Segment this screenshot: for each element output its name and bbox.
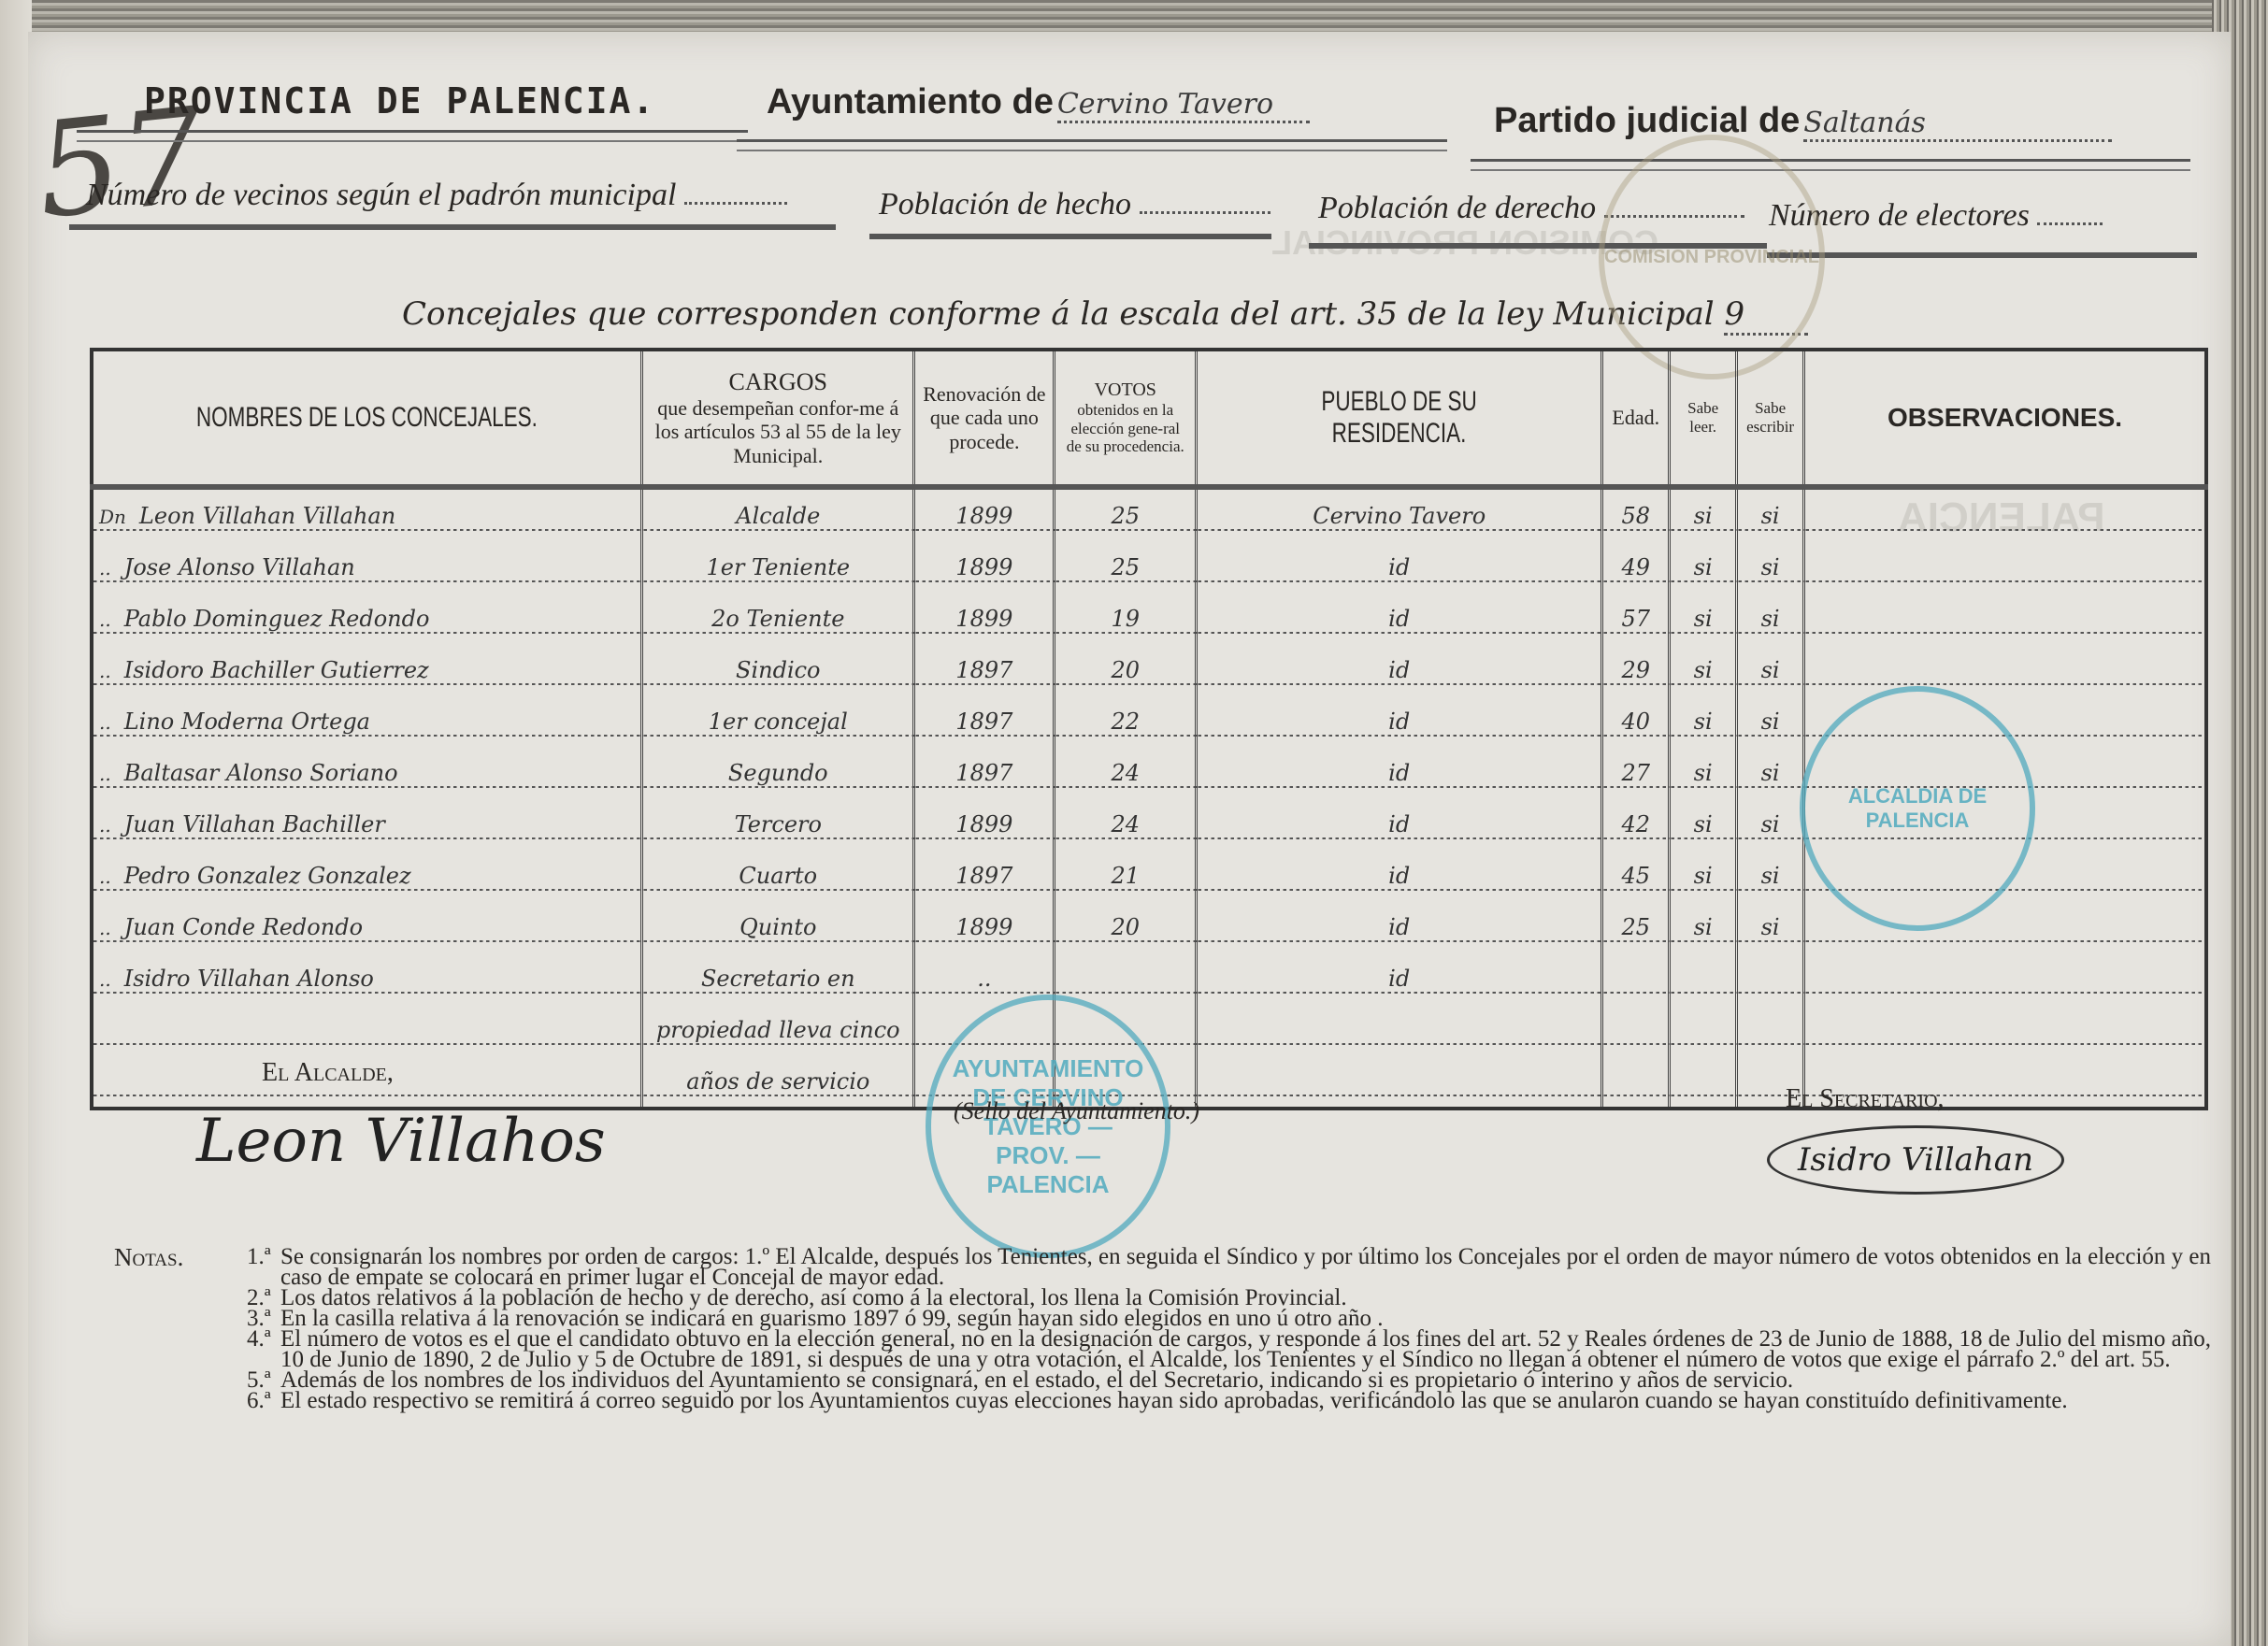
cell-escribir: si	[1737, 695, 1804, 747]
electores-value	[2037, 222, 2103, 225]
faded-stamp: COMISION PROVINCIAL	[1599, 135, 1825, 379]
cell-obs	[1804, 593, 2206, 644]
cell-edad	[1602, 1055, 1670, 1109]
hecho-value	[1140, 211, 1270, 214]
header-rule	[1471, 159, 2190, 171]
table-row: ..Jose Alonso Villahan1er Teniente189925…	[92, 541, 2206, 593]
cell-leer: si	[1670, 695, 1737, 747]
header-sabe-escribir: Sabe escribir	[1737, 350, 1804, 487]
cell-renovacion: 1899	[914, 901, 1055, 952]
cell-edad: 42	[1602, 798, 1670, 850]
cell-renovacion: 1899	[914, 487, 1055, 541]
vecinos-field: Número de vecinos según el padrón munici…	[86, 178, 787, 213]
cell-renovacion: 1899	[914, 593, 1055, 644]
cell-pueblo: id	[1197, 798, 1602, 850]
cell-leer: si	[1670, 798, 1737, 850]
cell-escribir: si	[1737, 747, 1804, 798]
cell-leer: si	[1670, 541, 1737, 593]
partido-label: Partido judicial de	[1494, 101, 1800, 140]
cell-escribir: si	[1737, 901, 1804, 952]
header-rule	[737, 139, 1447, 151]
derecho-label: Población de derecho	[1318, 191, 1596, 225]
cell-leer: si	[1670, 593, 1737, 644]
cell-pueblo: id	[1197, 541, 1602, 593]
cell-votos: 25	[1055, 487, 1197, 541]
cell-pueblo	[1197, 1004, 1602, 1055]
cell-cargo: años de servicio	[642, 1055, 914, 1109]
notes-section: Notas. 1.ªSe consignarán los nombres por…	[114, 1247, 2218, 1411]
cell-escribir: si	[1737, 850, 1804, 901]
document-page: 57 COMISION PROVINCIAL PALENCIA PROVINCI…	[28, 32, 2231, 1646]
cell-renovacion: 1899	[914, 798, 1055, 850]
cell-cargo: 1er concejal	[642, 695, 914, 747]
header-sabe-leer: Sabe leer.	[1670, 350, 1737, 487]
population-rule	[1767, 252, 2197, 258]
note-item: 1.ªSe consignarán los nombres por orden …	[114, 1247, 2218, 1288]
cell-edad: 29	[1602, 644, 1670, 695]
header-edad: Edad.	[1602, 350, 1670, 487]
cell-votos: 20	[1055, 644, 1197, 695]
cell-votos: 22	[1055, 695, 1197, 747]
cell-cargo: Alcalde	[642, 487, 914, 541]
population-rule	[69, 224, 836, 230]
cell-votos: 24	[1055, 747, 1197, 798]
cell-cargo: Quinto	[642, 901, 914, 952]
table-row: DnLeon Villahan VillahanAlcalde189925Cer…	[92, 487, 2206, 541]
cell-name: ..Pablo Dominguez Redondo	[92, 593, 642, 644]
cell-cargo: 1er Teniente	[642, 541, 914, 593]
cell-name: ..Lino Moderna Ortega	[92, 695, 642, 747]
vecinos-label: Número de vecinos según el padrón munici…	[86, 178, 676, 212]
secretario-signature: Isidro Villahan	[1767, 1125, 2064, 1195]
cell-pueblo: id	[1197, 644, 1602, 695]
book-spine	[0, 0, 32, 1646]
concejales-scale-field: Concejales que corresponden conforme á l…	[402, 295, 1808, 336]
ayuntamiento-label: Ayuntamiento de	[767, 82, 1054, 122]
ayuntamiento-field: Ayuntamiento de Cervino Tavero	[767, 82, 1310, 123]
cell-leer: si	[1670, 644, 1737, 695]
table-row: ..Pablo Dominguez Redondo2o Teniente1899…	[92, 593, 2206, 644]
cell-votos: 19	[1055, 593, 1197, 644]
cell-votos: 25	[1055, 541, 1197, 593]
header-cargos: CARGOS que desempeñan confor-me á los ar…	[642, 350, 914, 487]
cell-name: ..Jose Alonso Villahan	[92, 541, 642, 593]
cell-name: ..Pedro Gonzalez Gonzalez	[92, 850, 642, 901]
cell-pueblo: id	[1197, 747, 1602, 798]
cell-leer: si	[1670, 747, 1737, 798]
cell-name: ..Isidoro Bachiller Gutierrez	[92, 644, 642, 695]
table-row: ..Isidoro Bachiller GutierrezSindico1897…	[92, 644, 2206, 695]
cell-escribir: si	[1737, 541, 1804, 593]
alcalde-label: El Alcalde,	[262, 1058, 394, 1088]
cell-leer: si	[1670, 850, 1737, 901]
note-item: 4.ªEl número de votos es el que el candi…	[114, 1329, 2218, 1370]
cell-edad: 45	[1602, 850, 1670, 901]
table-row: ..Isidro Villahan AlonsoSecretario en..i…	[92, 952, 2206, 1004]
cell-leer: si	[1670, 901, 1737, 952]
partido-value: Saltanás	[1803, 107, 2112, 142]
cell-leer	[1670, 1055, 1737, 1109]
cell-escribir	[1737, 1004, 1804, 1055]
cell-edad	[1602, 1004, 1670, 1055]
vecinos-value	[684, 202, 787, 205]
cell-votos: 20	[1055, 901, 1197, 952]
cell-pueblo	[1197, 1055, 1602, 1109]
cell-renovacion: 1897	[914, 747, 1055, 798]
cell-pueblo: id	[1197, 952, 1602, 1004]
ayuntamiento-seal-stamp: AYUNTAMIENTO DE CERVINO TAVERO — PROV. —…	[926, 995, 1170, 1258]
hecho-label: Población de hecho	[879, 187, 1131, 222]
cell-renovacion: 1899	[914, 541, 1055, 593]
cell-edad: 58	[1602, 487, 1670, 541]
note-item: 6.ªEl estado respectivo se remitirá á co…	[114, 1391, 2218, 1411]
cell-cargo: Sindico	[642, 644, 914, 695]
cell-leer	[1670, 952, 1737, 1004]
cell-leer	[1670, 1004, 1737, 1055]
cell-pueblo: id	[1197, 901, 1602, 952]
cell-name: ..Juan Conde Redondo	[92, 901, 642, 952]
cell-pueblo: Cervino Tavero	[1197, 487, 1602, 541]
cell-renovacion: 1897	[914, 850, 1055, 901]
cell-edad	[1602, 952, 1670, 1004]
cell-escribir: si	[1737, 644, 1804, 695]
scale-label: Concejales que corresponden conforme á l…	[402, 295, 1715, 333]
cell-name: ..Baltasar Alonso Soriano	[92, 747, 642, 798]
cell-votos: 21	[1055, 850, 1197, 901]
hecho-field: Población de hecho	[879, 187, 1270, 222]
cell-obs	[1804, 541, 2206, 593]
alcaldia-stamp: ALCALDIA DE PALENCIA	[1800, 686, 2035, 931]
cell-edad: 49	[1602, 541, 1670, 593]
cell-pueblo: id	[1197, 850, 1602, 901]
cell-cargo: Cuarto	[642, 850, 914, 901]
cell-renovacion: 1897	[914, 695, 1055, 747]
cell-escribir	[1737, 952, 1804, 1004]
cell-obs	[1804, 1004, 2206, 1055]
cell-escribir: si	[1737, 593, 1804, 644]
cell-name: ..Isidro Villahan Alonso	[92, 952, 642, 1004]
cell-edad: 57	[1602, 593, 1670, 644]
cell-edad: 27	[1602, 747, 1670, 798]
cell-cargo: propiedad lleva cinco	[642, 1004, 914, 1055]
cell-pueblo: id	[1197, 695, 1602, 747]
population-rule	[869, 234, 1271, 239]
header-votos: VOTOS obtenidos en la elección gene-ral …	[1055, 350, 1197, 487]
cell-edad: 40	[1602, 695, 1670, 747]
header-nombres: NOMBRES DE LOS CONCEJALES.	[92, 350, 642, 487]
province-title: PROVINCIA DE PALENCIA.	[144, 80, 655, 122]
table-header-row: NOMBRES DE LOS CONCEJALES. CARGOS que de…	[92, 350, 2206, 487]
cell-obs	[1804, 952, 2206, 1004]
cell-votos	[1055, 952, 1197, 1004]
header-observaciones: OBSERVACIONES.	[1804, 350, 2206, 487]
cell-votos: 24	[1055, 798, 1197, 850]
alcalde-signature: Leon Villahos	[196, 1107, 606, 1176]
cell-obs	[1804, 487, 2206, 541]
ayuntamiento-value: Cervino Tavero	[1057, 88, 1310, 123]
seal-caption: (Sello del Ayuntamiento.)	[954, 1097, 1199, 1125]
cell-name: ..Juan Villahan Bachiller	[92, 798, 642, 850]
cell-obs	[1804, 644, 2206, 695]
partido-field: Partido judicial de Saltanás	[1494, 101, 2112, 142]
header-renovacion: Renovación de que cada uno procede.	[914, 350, 1055, 487]
cell-renovacion: 1897	[914, 644, 1055, 695]
header-rule	[77, 130, 748, 142]
header-pueblo: PUEBLO DE SU RESIDENCIA.	[1197, 350, 1602, 487]
cell-name: DnLeon Villahan Villahan	[92, 487, 642, 541]
cell-pueblo: id	[1197, 593, 1602, 644]
cell-cargo: Tercero	[642, 798, 914, 850]
cell-edad: 25	[1602, 901, 1670, 952]
cell-cargo: Secretario en	[642, 952, 914, 1004]
cell-name	[92, 1004, 642, 1055]
secretario-label: El Secretario,	[1786, 1084, 1945, 1114]
cell-escribir: si	[1737, 798, 1804, 850]
cell-cargo: 2o Teniente	[642, 593, 914, 644]
cell-cargo: Segundo	[642, 747, 914, 798]
cell-leer: si	[1670, 487, 1737, 541]
cell-escribir: si	[1737, 487, 1804, 541]
